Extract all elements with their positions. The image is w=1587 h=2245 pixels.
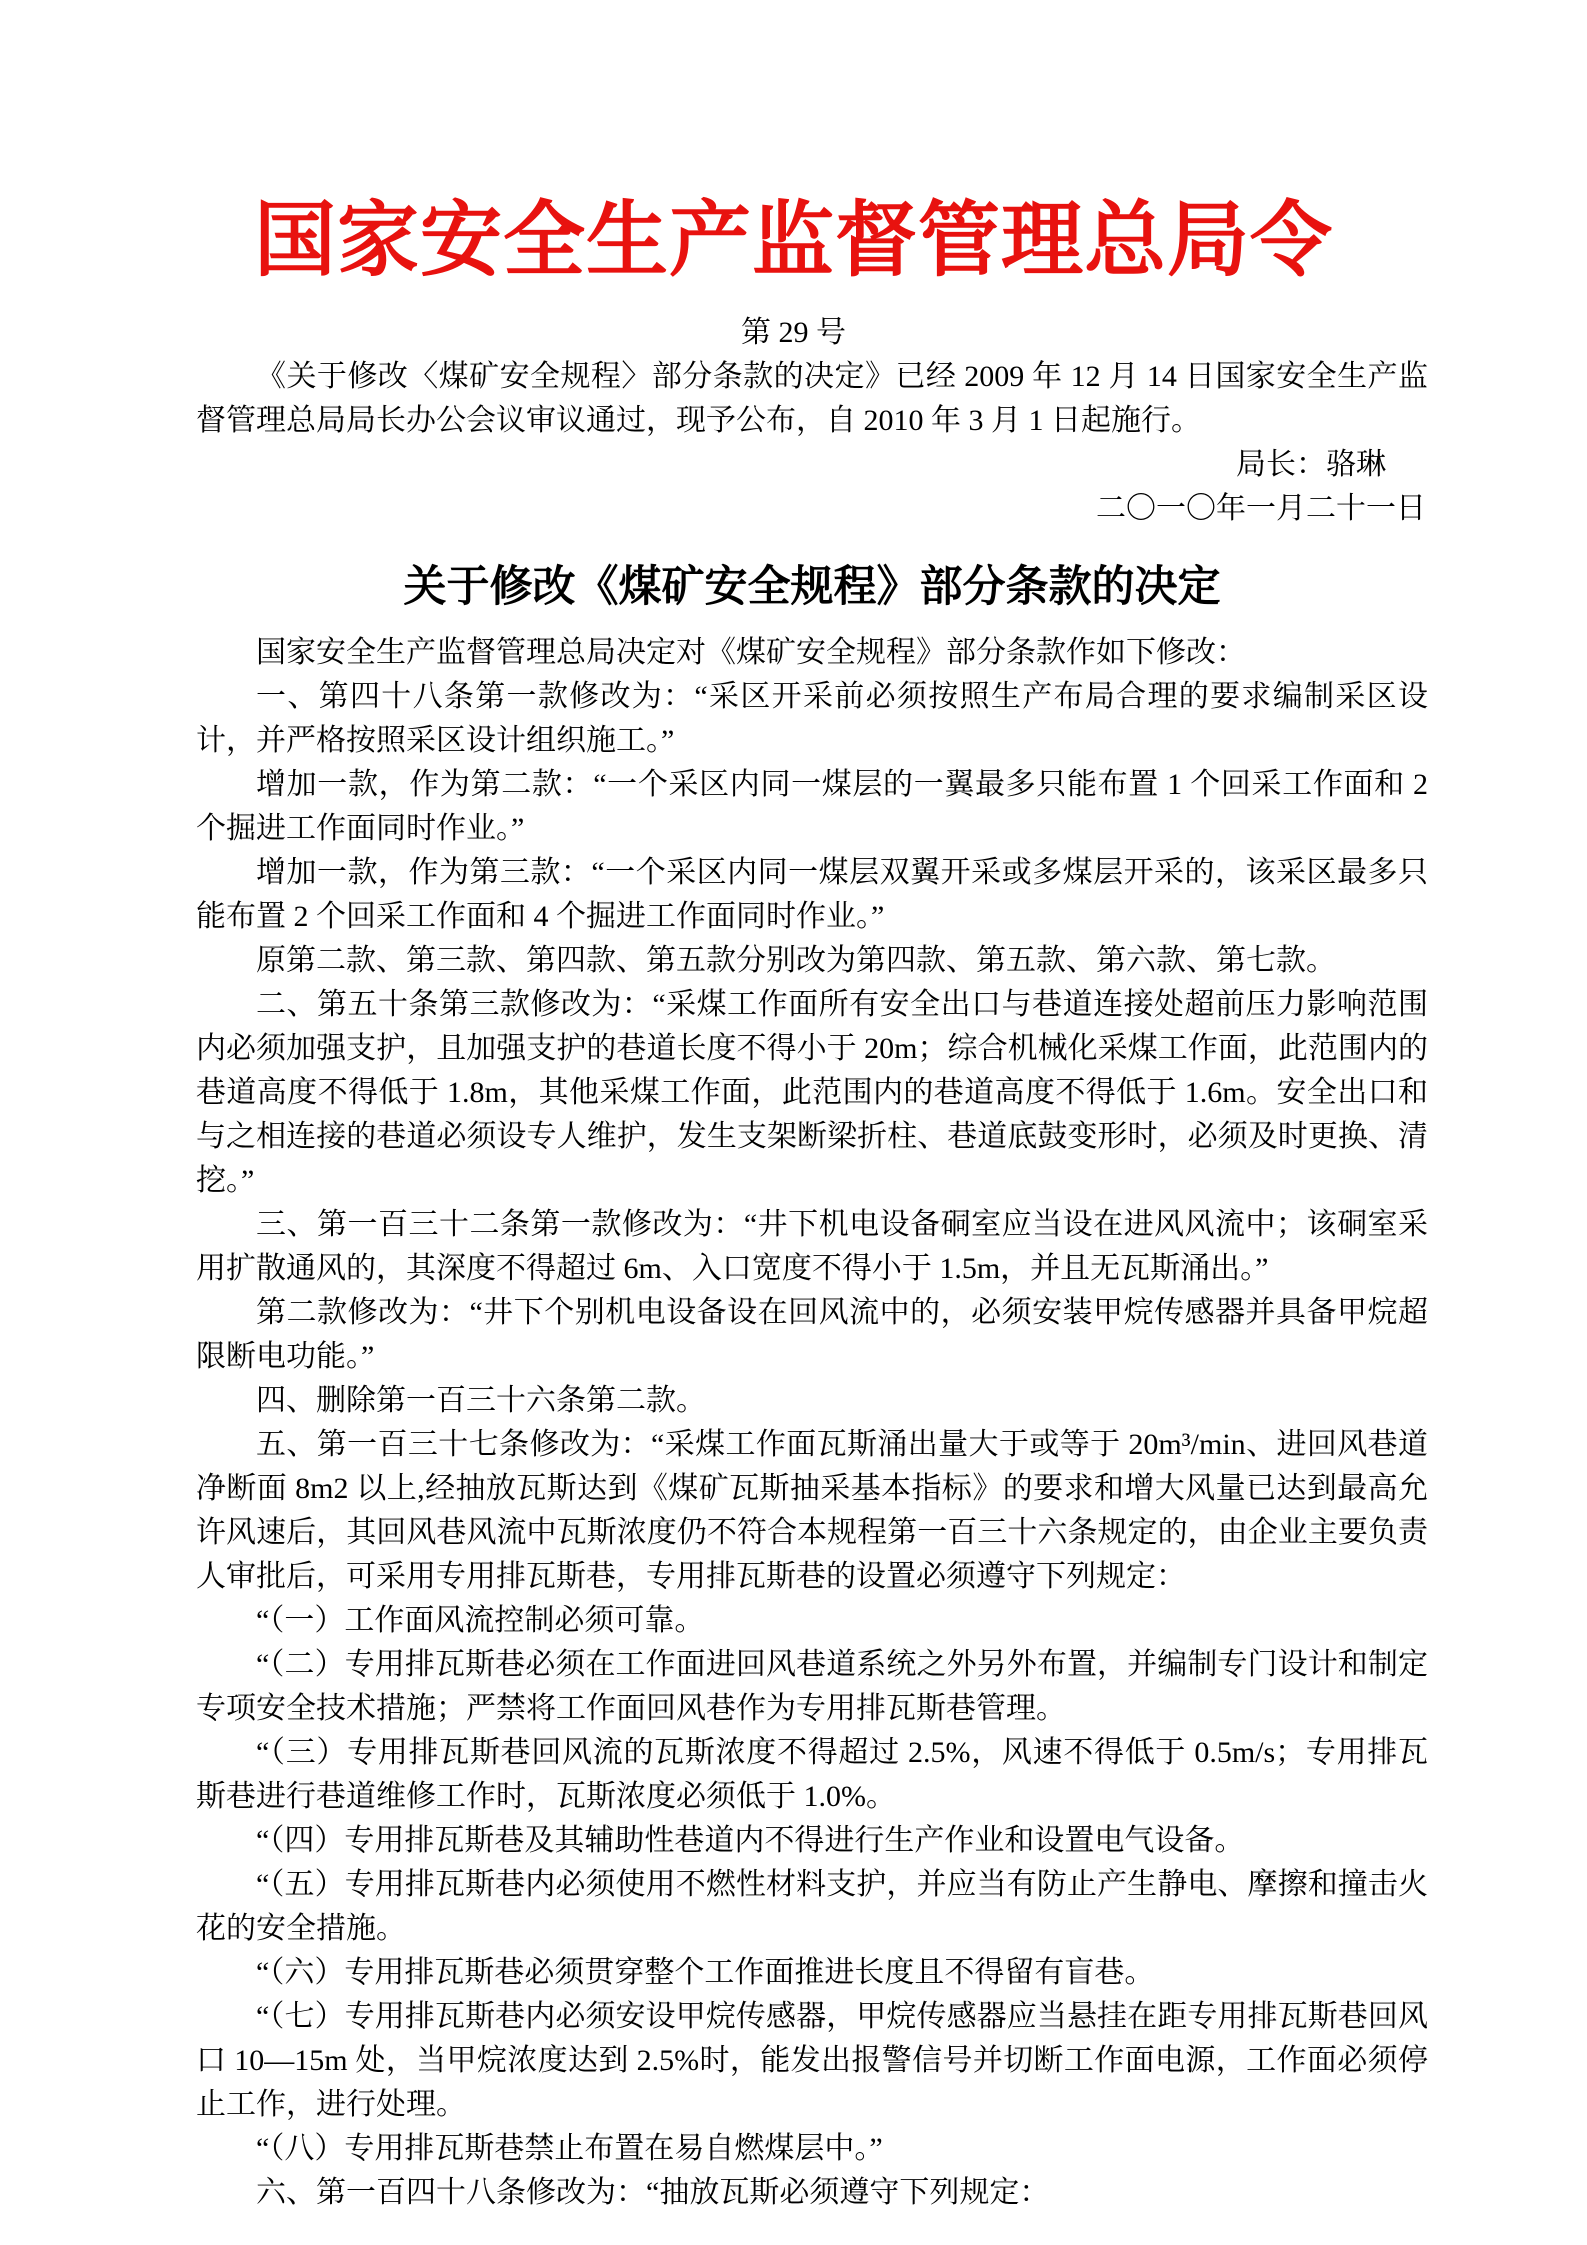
signature-line: 局长：骆琳 [196, 443, 1428, 487]
body-paragraph: “（七）专用排瓦斯巷内必须安设甲烷传感器，甲烷传感器应当悬挂在距专用排瓦斯巷回风… [196, 1995, 1428, 2127]
decision-title: 关于修改《煤矿安全规程》部分条款的决定 [196, 557, 1428, 617]
body-paragraph: 原第二款、第三款、第四款、第五款分别改为第四款、第五款、第六款、第七款。 [196, 939, 1428, 983]
body-paragraph: 二、第五十条第三款修改为：“采煤工作面所有安全出口与巷道连接处超前压力影响范围内… [196, 983, 1428, 1203]
body-paragraph: “（四）专用排瓦斯巷及其辅助性巷道内不得进行生产作业和设置电气设备。 [196, 1819, 1428, 1863]
body-paragraph: 六、第一百四十八条修改为：“抽放瓦斯必须遵守下列规定： [196, 2171, 1428, 2215]
body-paragraph: “（三）专用排瓦斯巷回风流的瓦斯浓度不得超过 2.5%，风速不得低于 0.5m/… [196, 1731, 1428, 1819]
body-paragraph: 四、删除第一百三十六条第二款。 [196, 1379, 1428, 1423]
body-paragraph: 增加一款，作为第二款：“一个采区内同一煤层的一翼最多只能布置 1 个回采工作面和… [196, 763, 1428, 851]
body-paragraph: “（八）专用排瓦斯巷禁止布置在易自燃煤层中。” [196, 2127, 1428, 2171]
body-paragraph: 三、第一百三十二条第一款修改为：“井下机电设备硐室应当设在进风风流中；该硐室采用… [196, 1203, 1428, 1291]
decree-number: 第 29 号 [0, 311, 1587, 355]
body-paragraph: “（六）专用排瓦斯巷必须贯穿整个工作面推进长度且不得留有盲巷。 [196, 1951, 1428, 1995]
decree-title: 国家安全生产监督管理总局令 [0, 190, 1587, 293]
body-paragraph: 国家安全生产监督管理总局决定对《煤矿安全规程》部分条款作如下修改： [196, 631, 1428, 675]
decision-paragraphs: 国家安全生产监督管理总局决定对《煤矿安全规程》部分条款作如下修改：一、第四十八条… [196, 631, 1428, 2215]
body-paragraph: “（五）专用排瓦斯巷内必须使用不燃性材料支护，并应当有防止产生静电、摩擦和撞击火… [196, 1863, 1428, 1951]
body-paragraph: 一、第四十八条第一款修改为：“采区开采前必须按照生产布局合理的要求编制采区设计，… [196, 675, 1428, 763]
signature-date-line: 二〇一〇年一月二十一日 [196, 487, 1428, 531]
body-paragraph: “（二）专用排瓦斯巷必须在工作面进回风巷道系统之外另外布置，并编制专门设计和制定… [196, 1643, 1428, 1731]
document-body: 《关于修改〈煤矿安全规程〉部分条款的决定》已经 2009 年 12 月 14 日… [196, 355, 1428, 2215]
body-paragraph: 增加一款，作为第三款：“一个采区内同一煤层双翼开采或多煤层开采的，该采区最多只能… [196, 851, 1428, 939]
document-page: 国家安全生产监督管理总局令 第 29 号 《关于修改〈煤矿安全规程〉部分条款的决… [0, 0, 1587, 2245]
body-paragraph: 第二款修改为：“井下个别机电设备设在回风流中的，必须安装甲烷传感器并具备甲烷超限… [196, 1291, 1428, 1379]
body-paragraph: “（一）工作面风流控制必须可靠。 [196, 1599, 1428, 1643]
body-paragraph: 五、第一百三十七条修改为：“采煤工作面瓦斯涌出量大于或等于 20m³/min、进… [196, 1423, 1428, 1599]
intro-paragraph: 《关于修改〈煤矿安全规程〉部分条款的决定》已经 2009 年 12 月 14 日… [196, 355, 1428, 443]
